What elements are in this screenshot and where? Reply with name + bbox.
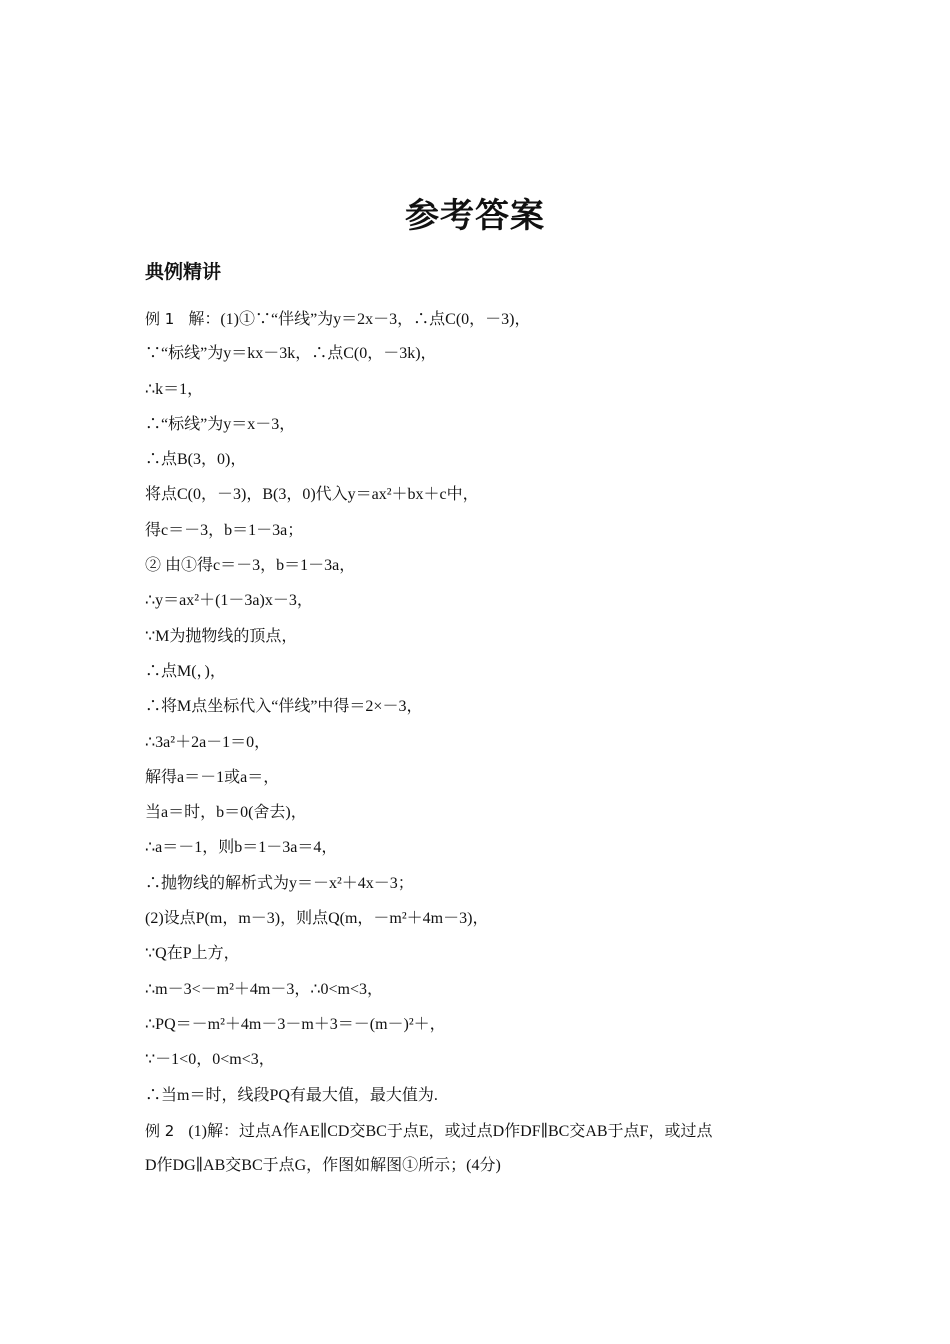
example-label: 例 1: [145, 310, 174, 328]
text-line: ∴3a²＋2a－1＝0，: [145, 730, 825, 765]
text-line: 当a＝时，b＝0(舍去)，: [145, 800, 825, 835]
text-line: (2)设点P(m，m－3)，则点Q(m，－m²＋4m－3)，: [145, 906, 825, 941]
page-title: 参考答案: [0, 188, 950, 237]
text-line: ∴a＝－1，则b＝1－3a＝4，: [145, 835, 825, 870]
text-line: 解得a＝－1或a＝，: [145, 765, 825, 800]
text-line: 例 2(1)解：过点A作AE∥CD交BC于点E，或过点D作DF∥BC交AB于点F…: [145, 1118, 825, 1153]
text-line: 将点C(0，－3)，B(3，0)代入y＝ax²＋bx＋c中，: [145, 482, 825, 517]
text-line: 得c＝－3，b＝1－3a；: [145, 518, 825, 553]
text-line: ∴点M(，)，: [145, 659, 825, 694]
text-line: 例 1解：(1)①∵“伴线”为y＝2x－3，∴点C(0，－3)，: [145, 306, 825, 341]
text-line: ∵Q在P上方，: [145, 941, 825, 976]
text-line: ∴点B(3，0)，: [145, 447, 825, 482]
text-line: ② 由①得c＝－3，b＝1－3a，: [145, 553, 825, 588]
example-label: 例 2: [145, 1122, 174, 1140]
answer-body: 例 1解：(1)①∵“伴线”为y＝2x－3，∴点C(0，－3)， ∵“标线”为y…: [145, 306, 825, 1188]
text-line: ∵“标线”为y＝kx－3k，∴点C(0，－3k)，: [145, 341, 825, 376]
text-line: ∴PQ＝－m²＋4m－3－m＋3＝－(m－)²＋，: [145, 1012, 825, 1047]
text-line: ∴m－3<－m²＋4m－3，∴0<m<3，: [145, 977, 825, 1012]
text-line: ∴k＝1，: [145, 377, 825, 412]
text-line: ∵－1<0，0<m<3，: [145, 1047, 825, 1082]
text-line: ∵M为抛物线的顶点，: [145, 624, 825, 659]
text-line: ∴抛物线的解析式为y＝－x²＋4x－3；: [145, 871, 825, 906]
text-line: D作DG∥AB交BC于点G，作图如解图①所示；(4分): [145, 1153, 825, 1188]
text-line: ∴当m＝时，线段PQ有最大值，最大值为.: [145, 1083, 825, 1118]
text-line: ∴将M点坐标代入“伴线”中得＝2×－3，: [145, 694, 825, 729]
text-line: ∴“标线”为y＝x－3，: [145, 412, 825, 447]
section-heading: 典例精讲: [145, 257, 221, 284]
text-line: ∴y＝ax²＋(1－3a)x－3，: [145, 588, 825, 623]
